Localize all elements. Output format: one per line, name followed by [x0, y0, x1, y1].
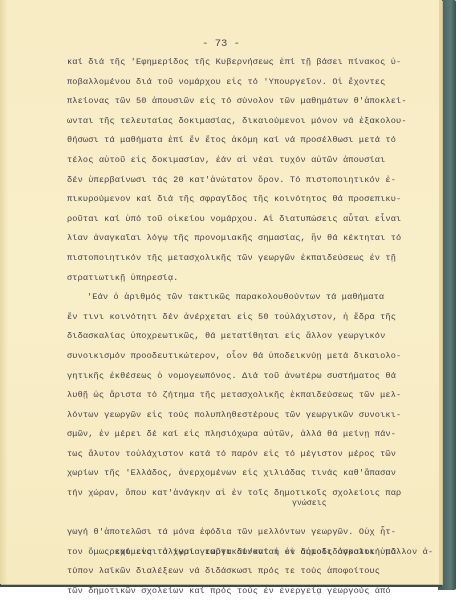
body-text: καί διά τῆς 'Εφημερίδος τῆς Κυβερνήσεως … [67, 53, 437, 600]
text-line-with-insert: γνώσεις ρεχόμεναι ὀλίγαι γεωργικαί/καί ἡ… [67, 504, 437, 524]
text-line: πικυρούμενον καί διά τῆς σφραγῖδος τῆς κ… [67, 190, 437, 210]
text-line: τήν χώραν, ὅπου κατ'ἀνάγκην αἱ ἐν τοῖς δ… [67, 484, 437, 504]
text-line: χωρίων τῆς 'Ελλάδος, ἀνερχομένων εἰς χιλ… [67, 464, 437, 484]
text-line: τως ἄλυτον τοὐλάχιστον κατά τό παρόν εἰς… [67, 445, 437, 465]
text-line: θήσωσι τά μαθήματα ἐπί ἕν ἔτος ἀκόμη καί… [67, 131, 437, 151]
text-line: πλείονας τῶν 50 ἀπουσιῶν εἰς τό σύνολον … [67, 92, 437, 112]
text-line: καί διά τῆς 'Εφημερίδος τῆς Κυβερνήσεως … [67, 53, 437, 73]
text-line: διδασκαλίας ὑποχρεωτικῶς, θά μετατίθηται… [67, 327, 437, 347]
text-line: συνοικισμόν προοδευτικώτερον, οἷον θά ὑπ… [67, 347, 437, 367]
typewritten-page: - 73 - καί διά τῆς 'Εφημερίδος τῆς Κυβερ… [0, 0, 442, 584]
paragraph-start-line: 'Εάν ὁ ἀριθμός τῶν τακτικῶς παρακολουθού… [67, 288, 437, 308]
text-line: ποβαλλομένου διά τοῦ νομάρχου εἰς τό 'Υπ… [67, 73, 437, 93]
text-line: γητικῆς ἐκθέσεως ὁ νομογεωπόνος. Διά τοῦ… [67, 367, 437, 387]
text-line: τον ὅμως καί εἰς τά χωρία ταῦτα δύνανται… [67, 543, 437, 563]
text-line: ἔν τινι κοινότητι δέν ἀνέρχεται εἰς 50 τ… [67, 308, 437, 328]
text-line: δέν ὑπερβαίνωσι τάς 20 κατ'ἀνώτατον ὅρον… [67, 171, 437, 191]
page-number: - 73 - [0, 38, 442, 50]
text-line: τέλος αὐτοῦ εἰς δοκιμασίαν, ἐάν αἱ νέαι … [67, 151, 437, 171]
text-line: ωνται τῆς τελευταίας δοκιμασίας, δικαιού… [67, 112, 437, 132]
text-line: λυθῇ ὡς ἄριστα τό ζήτημα τῆς μετασχολικῆ… [67, 386, 437, 406]
text-line: πιστοποιητικόν τῆς μετασχολικῆς τῶν γεωρ… [67, 249, 437, 269]
text-line: τύπον λαϊκῶν διαλέξεων νά διδάσκωσι πρός… [67, 562, 437, 582]
text-line: στρατιωτικῇ ὑπηρεσίᾳ. [67, 269, 437, 289]
text-line: τῶν δημοτικῶν σχολείων καί πρός τούς ἐν … [67, 582, 437, 600]
text-line: σμῶν, ἐν μέρει δέ καί εἰς πλησιόχωρα αὐτ… [67, 425, 437, 445]
interlinear-insertion: γνώσεις [292, 500, 327, 508]
text-line: ροῦται καί ὑπό τοῦ οἰκείου νομάρχου. Αἱ … [67, 210, 437, 230]
text-line: λίαν ἀναγκαῖαι λόγῳ τῆς προνομιακῆς σημα… [67, 229, 437, 249]
text-line: γωγή θ'ἀποτελῶσι τά μόνα ἐφόδια τῶν μελλ… [67, 523, 437, 543]
text-line: λόντων γεωργῶν εἰς τούς πολυπληθεστέρους… [67, 406, 437, 426]
scanned-page-view: - 73 - καί διά τῆς 'Εφημερίδος τῆς Κυβερ… [0, 0, 461, 600]
